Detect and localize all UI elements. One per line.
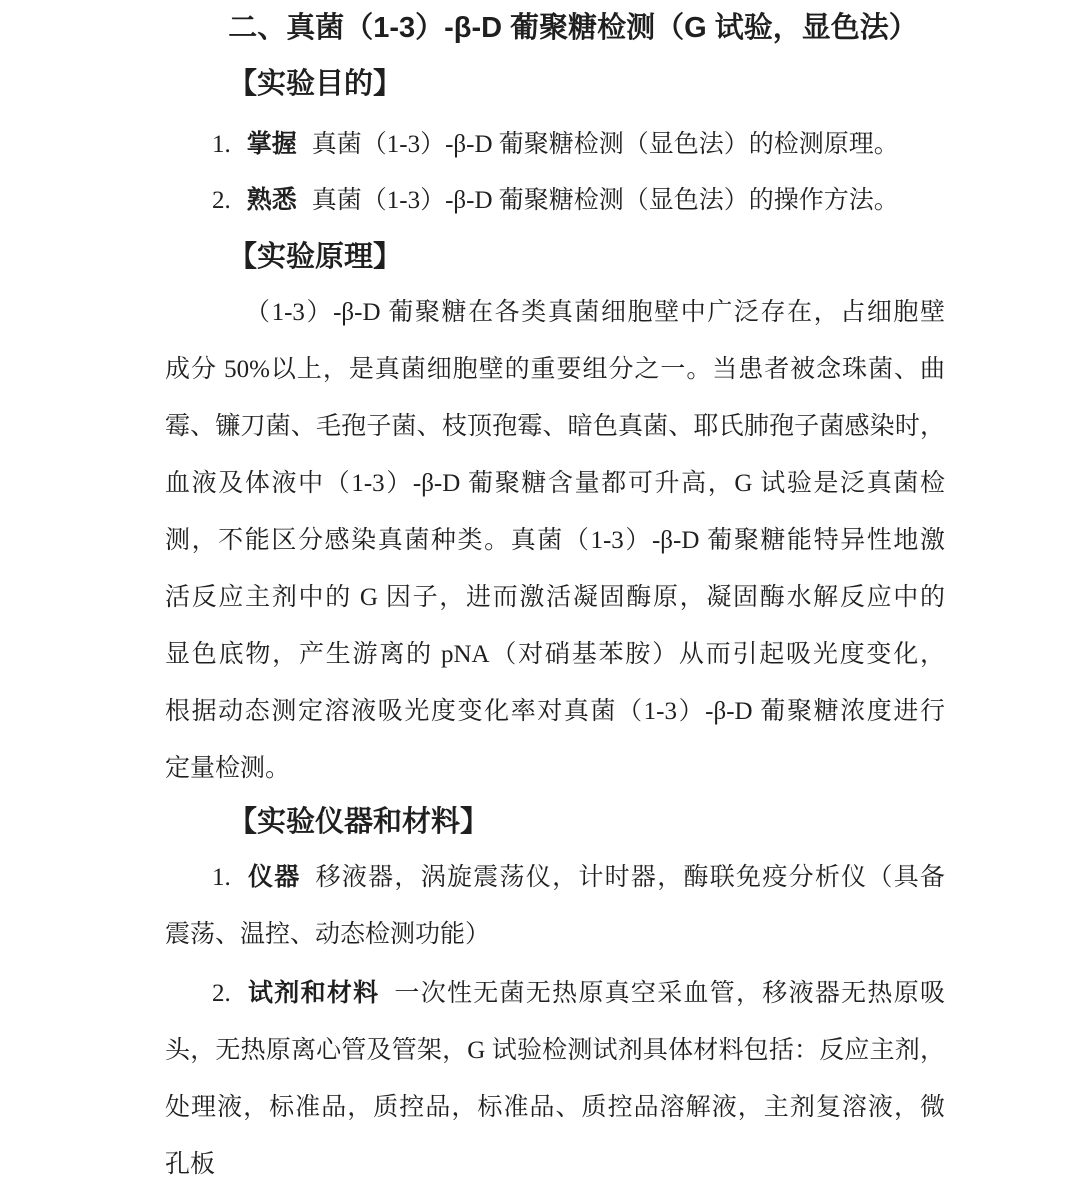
materials-item-1: 1.仪器移液器，涡旋震荡仪，计时器，酶联免疫分析仪（具备 震荡、温控、动态检测功…	[165, 849, 945, 963]
document-page: 二、真菌（1-3）-β-D 葡聚糖检测（G 试验，显色法） 【实验目的】 1.掌…	[0, 0, 1080, 1192]
page-title: 二、真菌（1-3）-β-D 葡聚糖检测（G 试验，显色法）	[165, 0, 945, 57]
section-heading-objectives: 【实验目的】	[165, 56, 945, 113]
item-text: 一次性无菌无热原真空采血管，移液器无热原吸	[394, 980, 945, 1007]
item-term: 熟悉	[247, 187, 297, 214]
paragraph-line: 定量检测。	[165, 740, 945, 797]
paragraph-line: 霉、镰刀菌、毛孢子菌、枝顶孢霉、暗色真菌、耶氏肺孢子菌感染时，	[165, 398, 945, 455]
paragraph-line: 显色底物，产生游离的 pNA（对硝基苯胺）从而引起吸光度变化，	[165, 626, 945, 683]
paragraph-line: 活反应主剂中的 G 因子，进而激活凝固酶原，凝固酶水解反应中的	[165, 569, 945, 626]
paragraph-line: 成分 50%以上，是真菌细胞壁的重要组分之一。当患者被念珠菌、曲	[165, 341, 945, 398]
item-number: 2.	[212, 187, 231, 214]
section-heading-principle: 【实验原理】	[165, 229, 945, 286]
principle-paragraph: （1-3）-β-D 葡聚糖在各类真菌细胞壁中广泛存在，占细胞壁 成分 50%以上…	[165, 284, 945, 797]
item-number: 1.	[212, 864, 231, 891]
item-line: 处理液，标准品，质控品，标准品、质控品溶解液，主剂复溶液，微	[165, 1079, 945, 1136]
item-text: 真菌（1-3）-β-D 葡聚糖检测（显色法）的检测原理。	[312, 131, 899, 158]
item-number: 1.	[212, 131, 231, 158]
item-text: 移液器，涡旋震荡仪，计时器，酶联免疫分析仪（具备	[316, 864, 945, 891]
item-text: 真菌（1-3）-β-D 葡聚糖检测（显色法）的操作方法。	[312, 187, 899, 214]
paragraph-line: 根据动态测定溶液吸光度变化率对真菌（1-3）-β-D 葡聚糖浓度进行	[165, 683, 945, 740]
section-heading-materials: 【实验仪器和材料】	[165, 794, 945, 851]
paragraph-line: 测，不能区分感染真菌种类。真菌（1-3）-β-D 葡聚糖能特异性地激	[165, 512, 945, 569]
paragraph-line: （1-3）-β-D 葡聚糖在各类真菌细胞壁中广泛存在，占细胞壁	[165, 284, 945, 341]
materials-item-2: 2.试剂和材料一次性无菌无热原真空采血管，移液器无热原吸 头，无热原离心管及管架…	[165, 965, 945, 1192]
objective-item-1: 1.掌握真菌（1-3）-β-D 葡聚糖检测（显色法）的检测原理。	[165, 116, 945, 173]
paragraph-line: 血液及体液中（1-3）-β-D 葡聚糖含量都可升高，G 试验是泛真菌检	[165, 455, 945, 512]
item-line: 孔板	[165, 1136, 945, 1192]
item-number: 2.	[212, 980, 231, 1007]
item-line: 震荡、温控、动态检测功能）	[165, 906, 945, 963]
objective-item-2: 2.熟悉真菌（1-3）-β-D 葡聚糖检测（显色法）的操作方法。	[165, 172, 945, 229]
item-line: 头，无热原离心管及管架，G 试验检测试剂具体材料包括：反应主剂，	[165, 1022, 945, 1079]
item-term: 仪器	[247, 864, 301, 891]
item-term: 试剂和材料	[247, 980, 380, 1007]
item-line: 1.仪器移液器，涡旋震荡仪，计时器，酶联免疫分析仪（具备	[165, 849, 945, 906]
item-term: 掌握	[247, 131, 297, 158]
item-line: 2.试剂和材料一次性无菌无热原真空采血管，移液器无热原吸	[165, 965, 945, 1022]
